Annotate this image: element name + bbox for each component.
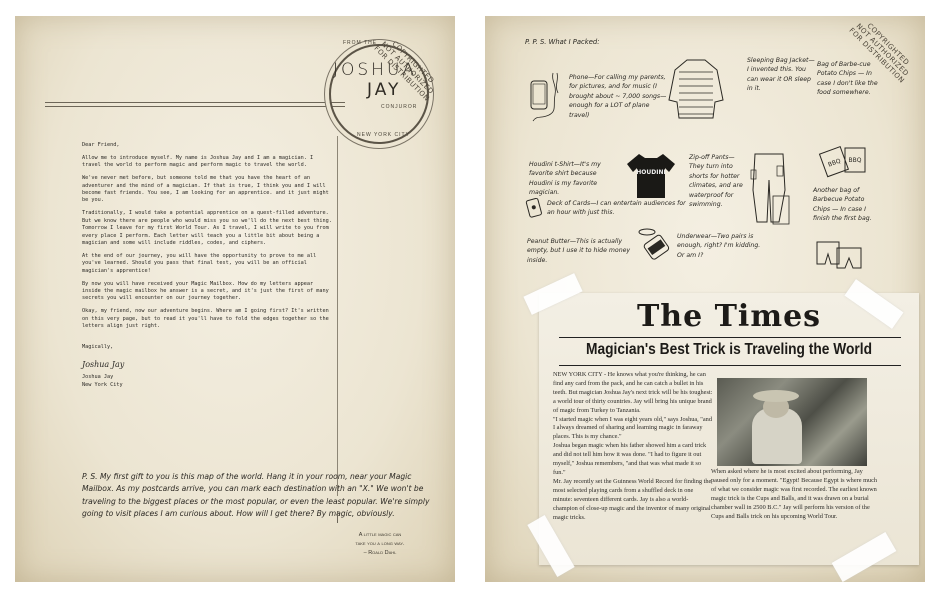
signer-city: New York City [82,382,332,389]
article-column-2: When asked where he is most excited abou… [711,468,881,521]
packed-item-phone: Phone—For calling my parents, for pictur… [569,73,669,120]
packed-item-pants: Zip-off Pants—They turn into shorts for … [689,153,747,209]
svg-text:BBQ: BBQ [849,157,862,164]
phone-icon [527,71,563,127]
packed-item-peanut-butter: Peanut Butter—This is actually empty, bu… [527,237,635,265]
masthead-rule [559,337,901,338]
quote-ornament [337,511,338,523]
letter-page: FROM THE JOSHUA JAY CONJUROR NEW YORK CI… [15,16,455,582]
letterhead-city: NEW YORK CITY [357,132,410,138]
tshirt-icon: HOUDINI [625,152,677,200]
paragraph: At the end of our journey, you will have… [82,253,332,275]
paragraph: Traditionally, I would take a potential … [82,210,332,247]
signature: Joshua Jay [82,361,332,368]
packed-item-chips: Bag of Barbe-cue Potato Chips — In case … [817,60,879,98]
quote: A little magic can take you a long way. … [335,531,425,558]
paragraph: By now you will have received your Magic… [82,281,332,303]
packing-title: P. P. S. What I Packed: [525,38,600,47]
packed-item-jacket: Sleeping Bag Jacket— I invented this. Yo… [747,56,817,94]
letterhead-rule [45,106,345,107]
svg-text:BBQ: BBQ [827,157,842,168]
packed-item-cards: Deck of Cards—I can entertain audiences … [547,199,687,218]
margin-rule [337,136,338,496]
closing: Magically, [82,344,332,351]
letterhead-from: FROM THE [343,40,377,46]
salutation: Dear Friend, [82,142,332,149]
letterhead-name-last: JAY [367,80,401,100]
postscript: P. S. My first gift to you is this map o… [82,471,442,520]
pants-icon [747,150,793,226]
quote-attribution: – Roald Dahl [335,549,425,558]
paragraph: We've never met before, but someone told… [82,175,332,205]
signer-name: Joshua Jay [82,374,332,381]
jacket-icon [665,56,727,122]
newspaper-headline: Magician's Best Trick is Traveling the W… [566,341,893,359]
underwear-icon [813,238,865,270]
letterhead-subtitle: CONJUROR [381,104,417,110]
headline-rule [559,365,901,366]
letterhead-rule [45,102,345,103]
cards-icon [525,196,545,220]
packed-item-tshirt: Houdini t-Shirt—It's my favorite shirt b… [529,160,621,198]
chips-bbq-icon: BBQ BBQ [817,144,869,180]
packing-list-page: COPYRIGHTED NOT AUTHORIZED FOR DISTRIBUT… [485,16,925,582]
article-photo [717,378,867,466]
article-column-1: NEW YORK CITY - He knows what you're thi… [553,371,713,522]
packed-item-chips-2: Another bag of Barbecue Potato Chips — I… [813,186,877,224]
peanut-butter-icon [635,226,675,260]
packed-item-underwear: Underwear—Two pairs is enough, right? I'… [677,232,767,260]
letter-body: Dear Friend, Allow me to introduce mysel… [82,142,332,389]
newspaper-clipping: The Times Magician's Best Trick is Trave… [539,293,919,565]
svg-text:HOUDINI: HOUDINI [636,169,665,176]
paragraph: Allow me to introduce myself. My name is… [82,155,332,170]
paragraph: Okay, my friend, now our adventure begin… [82,308,332,330]
